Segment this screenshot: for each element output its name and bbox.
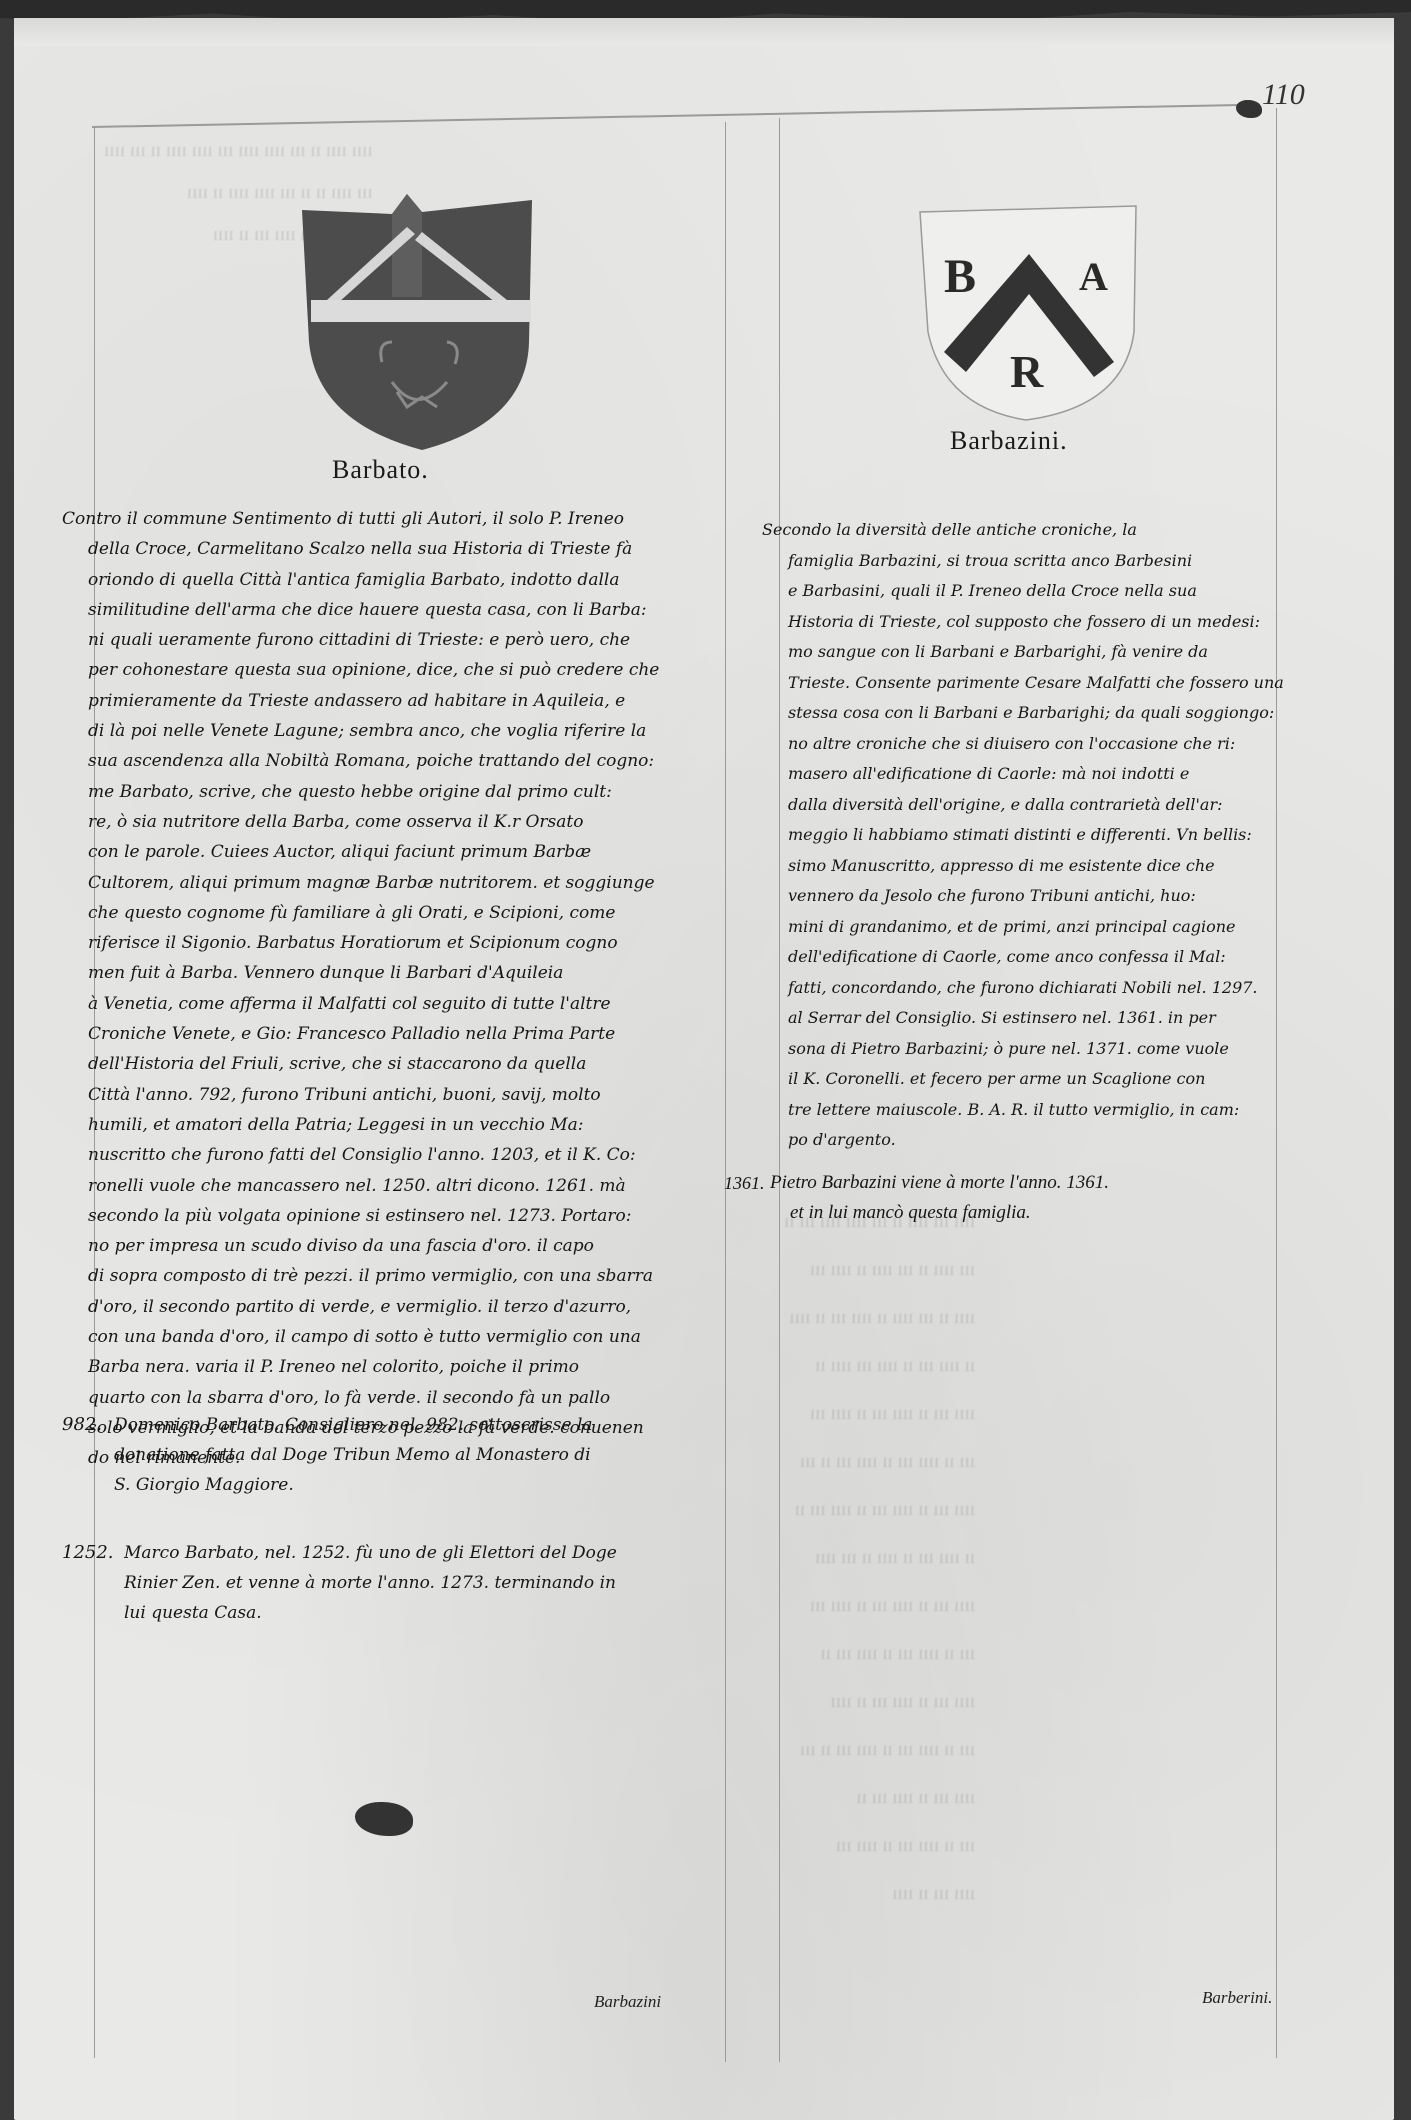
text-line: masero all'edificatione di Caorle: mà no… — [762, 759, 1282, 790]
text-line: nuscritto che furono fatti del Consiglio… — [62, 1140, 722, 1170]
text-line: Historia di Trieste, col supposto che fo… — [762, 607, 1282, 638]
text-line: riferisce il Sigonio. Barbatus Horatioru… — [62, 928, 722, 958]
letter-r: R — [1010, 346, 1044, 397]
top-rule — [92, 104, 1260, 128]
entry-year: 982. — [62, 1410, 102, 1440]
text-line: dell'Historia del Friuli, scrive, che si… — [62, 1049, 722, 1079]
text-line: men fuit à Barba. Vennero dunque li Barb… — [62, 958, 722, 988]
text-line: di sopra composto di trè pezzi. il primo… — [62, 1261, 722, 1291]
text-line: sona di Pietro Barbazini; ò pure nel. 13… — [762, 1034, 1282, 1065]
coat-of-arms-barbato — [297, 192, 537, 461]
letter-b: B — [944, 250, 976, 303]
text-line: no altre croniche che si diuisero con l'… — [762, 729, 1282, 760]
bleed-through-text: ıııı ııı ıııı ıı ııı ıııı ıııı ııı ıı ıı… — [784, 1198, 975, 1918]
text-line: simo Manuscritto, appresso di me esisten… — [762, 851, 1282, 882]
folio-number: 110 — [1262, 78, 1305, 112]
coat-of-arms-barbazini: B A R — [914, 202, 1144, 431]
text-line: d'oro, il secondo partito di verde, e ve… — [62, 1292, 722, 1322]
text-line: ronelli vuole che mancassero nel. 1250. … — [62, 1171, 722, 1201]
entry-line: donatione fatta dal Doge Tribun Memo al … — [114, 1440, 593, 1470]
barbazini-paragraph: Secondo la diversità delle antiche croni… — [762, 515, 1282, 1156]
text-line: con una banda d'oro, il campo di sotto è… — [62, 1322, 722, 1352]
text-line: per cohonestare questa sua opinione, dic… — [62, 655, 722, 685]
entry-line: Pietro Barbazini viene à morte l'anno. 1… — [770, 1168, 1109, 1198]
letter-a: A — [1079, 254, 1108, 299]
text-line: quarto con la sbarra d'oro, lo fà verde.… — [62, 1383, 722, 1413]
text-line: mo sangue con li Barbani e Barbarighi, f… — [762, 637, 1282, 668]
text-line: Barba nera. varia il P. Ireneo nel color… — [62, 1352, 722, 1382]
text-line: Secondo la diversità delle antiche croni… — [762, 515, 1282, 546]
barbato-paragraph: Contro il commune Sentimento di tutti gl… — [62, 504, 722, 1474]
text-line: con le parole. Cuiees Auctor, aliqui fac… — [62, 837, 722, 867]
text-line: me Barbato, scrive, che questo hebbe ori… — [62, 777, 722, 807]
text-line: oriondo di quella Città l'antica famigli… — [62, 565, 722, 595]
text-line: vennero da Jesolo che furono Tribuni ant… — [762, 881, 1282, 912]
text-line: mini di grandanimo, et de primi, anzi pr… — [762, 912, 1282, 943]
entry-line: S. Giorgio Maggiore. — [114, 1470, 593, 1500]
text-line: po d'argento. — [762, 1125, 1282, 1156]
text-line: e Barbasini, quali il P. Ireneo della Cr… — [762, 576, 1282, 607]
text-line: primieramente da Trieste andassero ad ha… — [62, 686, 722, 716]
text-line: il K. Coronelli. et fecero per arme un S… — [762, 1064, 1282, 1095]
entry-line: Marco Barbato, nel. 1252. fù uno de gli … — [124, 1538, 617, 1568]
text-line: dalla diversità dell'origine, e dalla co… — [762, 790, 1282, 821]
text-line: di là poi nelle Venete Lagune; sembra an… — [62, 716, 722, 746]
text-line: della Croce, Carmelitano Scalzo nella su… — [62, 534, 722, 564]
text-line: sua ascendenza alla Nobiltà Romana, poic… — [62, 746, 722, 776]
text-line: famiglia Barbazini, si troua scritta anc… — [762, 546, 1282, 577]
manuscript-page: ıııı ıııı ıı ııı ıııı ıııı ııı ıııı ıııı… — [14, 18, 1394, 2120]
text-line: à Venetia, come afferma il Malfatti col … — [62, 989, 722, 1019]
entry-line: lui questa Casa. — [124, 1598, 617, 1628]
text-line: re, ò sia nutritore della Barba, come os… — [62, 807, 722, 837]
text-line: ni quali ueramente furono cittadini di T… — [62, 625, 722, 655]
ink-blot — [1236, 100, 1262, 118]
text-line: meggio li habbiamo stimati distinti e di… — [762, 820, 1282, 851]
text-line: Cultorem, aliqui primum magnæ Barbæ nutr… — [62, 868, 722, 898]
text-line: al Serrar del Consiglio. Si estinsero ne… — [762, 1003, 1282, 1034]
left-column-rule — [725, 122, 726, 2062]
entry-line: Domenico Barbato. Consigliero nel. 982. … — [114, 1410, 593, 1440]
text-line: Trieste. Consente parimente Cesare Malfa… — [762, 668, 1282, 699]
text-line: humili, et amatori della Patria; Leggesi… — [62, 1110, 722, 1140]
text-line: similitudine dell'arma che dice hauere q… — [62, 595, 722, 625]
entry-year: 1361. — [724, 1168, 765, 1198]
text-line: fatti, concordando, che furono dichiarat… — [762, 973, 1282, 1004]
entry-line: et in lui mancò questa famiglia. — [770, 1198, 1109, 1228]
text-line: tre lettere maiuscole. B. A. R. il tutto… — [762, 1095, 1282, 1126]
shield-barbazini-icon: B A R — [914, 202, 1144, 427]
caption-barbazini: Barbazini. — [950, 426, 1068, 456]
shield-barbato-icon — [297, 192, 537, 457]
text-line: che questo cognome fù familiare à gli Or… — [62, 898, 722, 928]
ink-blot — [355, 1802, 413, 1836]
footer-word-right: Barberini. — [1202, 1988, 1272, 2008]
entry-year: 1252. — [62, 1538, 114, 1568]
text-line: no per impresa un scudo diviso da una fa… — [62, 1231, 722, 1261]
text-line: dell'edificatione di Caorle, come anco c… — [762, 942, 1282, 973]
text-line: stessa cosa con li Barbani e Barbarighi;… — [762, 698, 1282, 729]
text-line: Croniche Venete, e Gio: Francesco Pallad… — [62, 1019, 722, 1049]
caption-barbato: Barbato. — [332, 455, 429, 485]
entry-line: Rinier Zen. et venne à morte l'anno. 127… — [124, 1568, 617, 1598]
footer-word-left: Barbazini — [594, 1992, 661, 2012]
text-line: secondo la più volgata opinione si estin… — [62, 1201, 722, 1231]
text-line: Contro il commune Sentimento di tutti gl… — [62, 504, 722, 534]
text-line: Città l'anno. 792, furono Tribuni antich… — [62, 1080, 722, 1110]
